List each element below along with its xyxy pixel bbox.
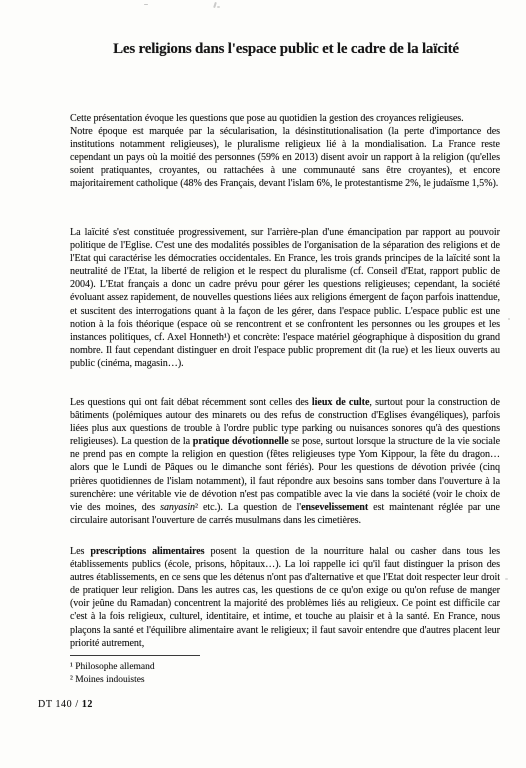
paragraph-block-intro: Cette présentation évoque les questions … — [70, 112, 500, 191]
paragraph-block-laicite: La laïcité s'est constituée progressivem… — [70, 226, 500, 370]
text-run: Les — [70, 546, 90, 557]
document-page: Les religions dans l'espace public et le… — [0, 0, 526, 768]
scan-speck — [505, 578, 508, 580]
scan-speck — [508, 318, 510, 320]
scan-speck — [144, 4, 148, 5]
paragraph: Les questions qui ont fait débat récemme… — [70, 396, 500, 527]
bold-term: lieux de culte — [312, 397, 369, 408]
text-run: ² etc.). La question de l' — [195, 502, 301, 513]
scan-speck — [217, 6, 220, 8]
doc-ref-number: 12 — [82, 699, 93, 710]
text-run: Les questions qui ont fait débat récemme… — [70, 397, 312, 408]
bold-term: pratique dévotionnelle — [193, 436, 289, 447]
footnote-1: ¹ Philosophe allemand — [70, 661, 200, 674]
paragraph-block-lieux-de-culte: Les questions qui ont fait débat récemme… — [70, 396, 500, 527]
page-title: Les religions dans l'espace public et le… — [70, 41, 502, 58]
text-run: Notre époque est marquée par la séculari… — [70, 126, 500, 189]
bold-term: prescriptions alimentaires — [90, 546, 204, 557]
italic-term: sanyasin — [160, 502, 195, 513]
bold-term: ensevelissement — [301, 502, 368, 513]
paragraph: Les prescriptions alimentaires posent la… — [70, 545, 500, 650]
text-run: posent la question de la nourriture hala… — [70, 546, 500, 649]
footnote-divider — [70, 655, 200, 656]
paragraph: La laïcité s'est constituée progressivem… — [70, 226, 500, 370]
document-reference: DT 140 / 12 — [38, 699, 93, 710]
text-run: La laïcité s'est constituée progressivem… — [70, 227, 500, 369]
paragraph: Notre époque est marquée par la séculari… — [70, 125, 500, 190]
doc-ref-prefix: DT 140 / — [38, 699, 82, 710]
text-run: Cette présentation évoque les questions … — [70, 113, 464, 124]
footnote-2: ² Moines indouistes — [70, 674, 200, 687]
paragraph-block-prescriptions: Les prescriptions alimentaires posent la… — [70, 545, 500, 650]
paragraph: Cette présentation évoque les questions … — [70, 112, 500, 125]
footnotes: ¹ Philosophe allemand ² Moines indouiste… — [70, 655, 200, 687]
